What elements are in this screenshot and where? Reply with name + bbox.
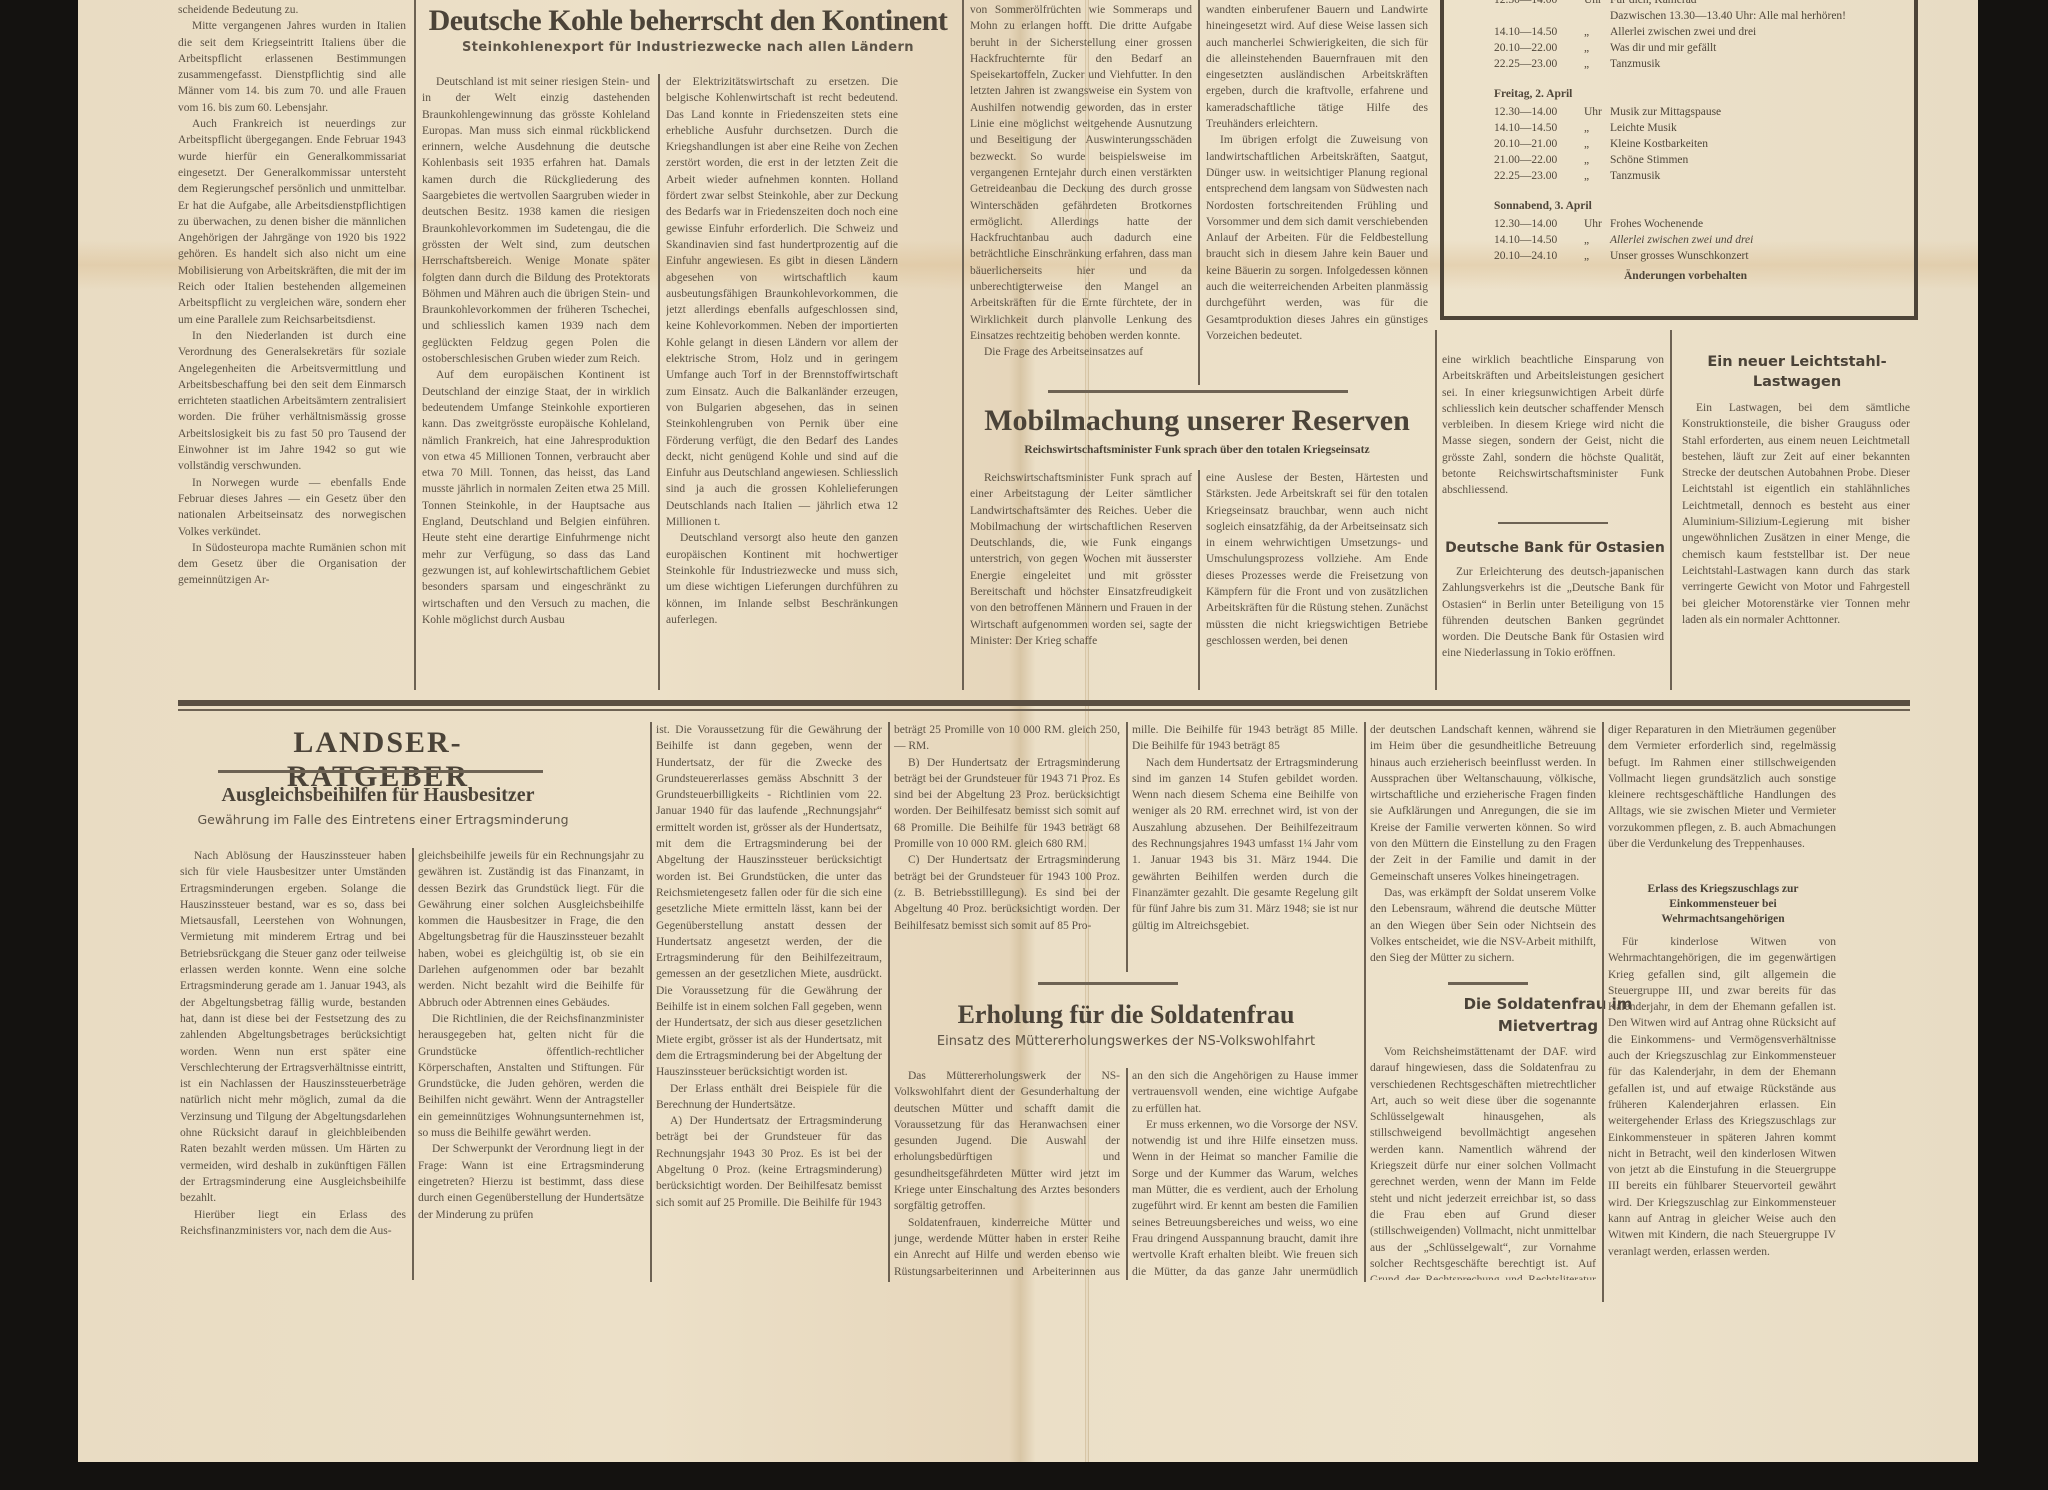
paragraph: der Elektrizitätswirtschaft zu ersetzen.…: [666, 74, 898, 530]
housing-column-4: beträgt 25 Promille von 10 000 RM. gleic…: [894, 722, 1120, 972]
column-rule: [1126, 722, 1128, 972]
housing-headline: Ausgleichsbeihilfen für Hausbesitzer: [178, 784, 578, 807]
paragraph: an den sich die Angehörigen zu Hause imm…: [1132, 1068, 1358, 1117]
schedule-unit: „: [1584, 58, 1610, 74]
housing-column-3: ist. Die Voraussetzung für die Gewährung…: [656, 722, 882, 1280]
schedule-program: Tanzmusik: [1610, 170, 1660, 186]
schedule-program: Unser grosses Wunschkonzert: [1610, 250, 1749, 266]
tenancy-column-2: diger Reparaturen in den Mieträumen gege…: [1608, 722, 1836, 872]
schedule-time: 20.10—21.00: [1494, 138, 1584, 154]
schedule-program: Für dich, Kamerad: [1610, 0, 1697, 10]
column-rule: [1364, 722, 1366, 1282]
paragraph: Deutschland versorgt also heute den ganz…: [666, 530, 898, 628]
column-rule: [1435, 330, 1437, 690]
tenancy-column-1: Vom Reichsheimstättenamt der DAF. wird d…: [1370, 1044, 1596, 1280]
paragraph: eine Auslese der Besten, Härtesten und S…: [1206, 470, 1428, 649]
paragraph: Für kinderlose Witwen von Wehrmachtangeh…: [1608, 934, 1836, 1260]
mobilization-column-3: eine wirklich beachtliche Einsparung von…: [1442, 352, 1664, 512]
paragraph: Nach dem Hundertsatz der Ertragsminderun…: [1132, 755, 1358, 934]
schedule-unit: Uhr: [1584, 218, 1610, 234]
schedule-day-friday: Freitag, 2. April 12.30—14.00UhrMusik zu…: [1494, 88, 1904, 186]
paragraph: Die Richtlinien, die der Reichsfinanzmin…: [418, 1011, 644, 1141]
schedule-program: Dazwischen 13.30—13.40 Uhr: Alle mal her…: [1610, 10, 1846, 26]
paragraph: Soldatenfrauen, kinderreiche Mütter und …: [894, 1215, 1120, 1280]
paragraph: diger Reparaturen in den Mieträumen gege…: [1608, 722, 1836, 852]
paragraph: In Norwegen wurde — ebenfalls Ende Febru…: [178, 475, 406, 540]
paragraph: beträgt 25 Promille von 10 000 RM. gleic…: [894, 722, 1120, 755]
paragraph: A) Der Hundertsatz der Ertragsminderung …: [656, 1113, 882, 1211]
paragraph: Vom Reichsheimstättenamt der DAF. wird d…: [1370, 1044, 1596, 1280]
section-separator: [1048, 390, 1348, 393]
schedule-time: 20.10—22.00: [1494, 42, 1584, 58]
column-rule: [1126, 1068, 1128, 1280]
schedule-day-label: Freitag, 2. April: [1494, 88, 1904, 100]
paragraph: Hierüber liegt ein Erlass des Reichsfina…: [180, 1207, 406, 1240]
farm-column: wandten einberufener Bauern und Landwirt…: [1206, 2, 1428, 382]
bank-headline: Deutsche Bank für Ostasien: [1440, 540, 1670, 556]
schedule-unit: „: [1584, 234, 1610, 250]
schedule-time: 12.30—14.00: [1494, 218, 1584, 234]
column-rule: [1198, 470, 1200, 690]
schedule-time: 12.30—14.00: [1494, 106, 1584, 122]
schedule-program: Frohes Wochenende: [1610, 218, 1703, 234]
schedule-time: 12.30—14.00: [1494, 0, 1584, 10]
section-separator: [1038, 982, 1178, 985]
paragraph: mille. Die Beihilfe für 1943 beträgt 85 …: [1132, 722, 1358, 755]
schedule-unit: Uhr: [1584, 106, 1610, 122]
paragraph: Zur Erleichterung des deutsch-japanische…: [1442, 564, 1664, 662]
column-rule: [414, 0, 416, 690]
paragraph: Ein Lastwagen, bei dem sämtliche Konstru…: [1682, 400, 1910, 628]
mobilization-subheadline: Reichswirtschaftsminister Funk sprach üb…: [962, 444, 1432, 456]
schedule-program: Musik zur Mittagspause: [1610, 106, 1721, 122]
paragraph: Deutschland ist mit seiner riesigen Stei…: [422, 74, 650, 367]
bank-article-body: Zur Erleichterung des deutsch-japanische…: [1442, 564, 1664, 690]
schedule-program: Allerlei zwischen zwei und drei: [1610, 234, 1753, 250]
schedule-program: Allerlei zwischen zwei und drei: [1610, 26, 1756, 42]
schedule-program: Was dir und mir gefällt: [1610, 42, 1716, 58]
recovery-column-1: Das Müttererholungswerk der NS-Volkswohl…: [894, 1068, 1120, 1280]
coal-column-1: Deutschland ist mit seiner riesigen Stei…: [422, 74, 650, 690]
column-rule: [1602, 722, 1604, 1302]
schedule-unit: „: [1584, 122, 1610, 138]
paragraph: In den Niederlanden ist durch eine Veror…: [178, 328, 406, 475]
paragraph: eine wirklich beachtliche Einsparung von…: [1442, 352, 1664, 499]
column-rule: [1670, 330, 1672, 690]
paragraph: C) Der Hundertsatz der Ertragsminderung …: [894, 852, 1120, 933]
tax-headline: Erlass des Kriegszuschlags zur Einkommen…: [1638, 882, 1808, 927]
section-separator: [1448, 982, 1528, 985]
schedule-unit: „: [1584, 42, 1610, 58]
paragraph: Die Frage des Arbeitseinsatzes auf: [970, 344, 1192, 360]
paragraph: von Sommerölfrüchten wie Sommeraps und M…: [970, 2, 1192, 344]
paragraph: der deutschen Landschaft kennen, während…: [1370, 722, 1596, 885]
schedule-unit: „: [1584, 26, 1610, 42]
paragraph: Nach Ablösung der Hauszinssteuer haben s…: [180, 848, 406, 1207]
recovery-subheadline: Einsatz des Müttererholungswerkes der NS…: [888, 1034, 1364, 1049]
paragraph: Im übrigen erfolgt die Zuweisung von lan…: [1206, 132, 1428, 344]
coal-subheadline: Steinkohlenexport für Industriezwecke na…: [418, 40, 958, 55]
mobilization-headline: Mobilmachung unserer Reserven: [962, 404, 1432, 438]
paragraph: Reichswirtschaftsminister Funk sprach au…: [970, 470, 1192, 649]
schedule-program: Tanzmusik: [1610, 58, 1660, 74]
mobilization-column-1: Reichswirtschaftsminister Funk sprach au…: [970, 470, 1192, 690]
page-divider-thin: [178, 709, 1910, 711]
schedule-unit: Uhr: [1584, 0, 1610, 10]
recovery-headline: Erholung für die Soldatenfrau: [888, 1000, 1364, 1030]
newspaper-page: scheidende Bedeutung zu. Mitte vergangen…: [78, 0, 1978, 1462]
page-divider: [178, 700, 1910, 706]
paragraph: gleichsbeihilfe jeweils für ein Rechnung…: [418, 848, 644, 1011]
recovery-column-2: an den sich die Angehörigen zu Hause imm…: [1132, 1068, 1358, 1280]
schedule-time: 22.25—23.00: [1494, 58, 1584, 74]
paragraph: ist. Die Voraussetzung für die Gewährung…: [656, 722, 882, 1081]
schedule-unit: „: [1584, 250, 1610, 266]
schedule-day-thursday: 12.30—14.00UhrFür dich, Kamerad Dazwisch…: [1494, 0, 1904, 74]
housing-subheadline: Gewährung im Falle des Eintretens einer …: [178, 812, 588, 827]
paragraph: B) Der Hundertsatz der Ertragsminderung …: [894, 755, 1120, 853]
paragraph: Auf dem europäischen Kontinent ist Deuts…: [422, 367, 650, 628]
column-rule: [658, 74, 660, 690]
paragraph: wandten einberufener Bauern und Landwirt…: [1206, 2, 1428, 132]
paragraph: Mitte vergangenen Jahres wurden in Itali…: [178, 18, 406, 116]
column-rule: [412, 848, 414, 1280]
schedule-program: Kleine Kostbarkeiten: [1610, 138, 1708, 154]
radio-schedule: 12.30—14.00UhrFür dich, Kamerad Dazwisch…: [1494, 0, 1904, 282]
truck-article-body: Ein Lastwagen, bei dem sämtliche Konstru…: [1682, 400, 1910, 690]
left-column: scheidende Bedeutung zu. Mitte vergangen…: [178, 2, 406, 692]
housing-column-1: Nach Ablösung der Hauszinssteuer haben s…: [180, 848, 406, 1280]
tax-article-body: Für kinderlose Witwen von Wehrmachtangeh…: [1608, 934, 1836, 1310]
schedule-time: 14.10—14.50: [1494, 122, 1584, 138]
schedule-day-label: Sonnabend, 3. April: [1494, 200, 1904, 212]
paragraph: Auch Frankreich ist neuerdings zur Arbei…: [178, 116, 406, 328]
schedule-time: 20.10—24.10: [1494, 250, 1584, 266]
coal-headline: Deutsche Kohle beherrscht den Kontinent: [418, 4, 958, 38]
schedule-program: Leichte Musik: [1610, 122, 1677, 138]
coal-column-2: der Elektrizitätswirtschaft zu ersetzen.…: [666, 74, 898, 690]
schedule-program: Schöne Stimmen: [1610, 154, 1688, 170]
column-rule: [962, 0, 964, 690]
paragraph: In Südosteuropa machte Rumänien schon mi…: [178, 540, 406, 589]
paragraph: Der Erlass enthält drei Beispiele für di…: [656, 1081, 882, 1114]
schedule-unit: „: [1584, 154, 1610, 170]
schedule-time: 14.10—14.50: [1494, 234, 1584, 250]
schedule-day-saturday: Sonnabend, 3. April 12.30—14.00UhrFrohes…: [1494, 200, 1904, 266]
schedule-unit: „: [1584, 170, 1610, 186]
housing-column-2: gleichsbeihilfe jeweils für ein Rechnung…: [418, 848, 644, 1280]
paragraph: Das Müttererholungswerk der NS-Volkswohl…: [894, 1068, 1120, 1215]
schedule-footer: Änderungen vorbehalten: [1494, 270, 1904, 282]
paragraph: Das, was erkämpft der Soldat unserem Vol…: [1370, 885, 1596, 966]
paragraph: Er muss erkennen, wo die Vorsorge der NS…: [1132, 1117, 1358, 1280]
truck-headline: Ein neuer Leichtstahl-Lastwagen: [1682, 352, 1912, 392]
schedule-time: 22.25—23.00: [1494, 170, 1584, 186]
schedule-time: 21.00—22.00: [1494, 154, 1584, 170]
schedule-time: 14.10—14.50: [1494, 26, 1584, 42]
schedule-unit: „: [1584, 138, 1610, 154]
section-separator: [1498, 522, 1608, 524]
housing-column-5: mille. Die Beihilfe für 1943 beträgt 85 …: [1132, 722, 1358, 972]
column-rule: [1198, 0, 1200, 385]
paragraph: scheidende Bedeutung zu.: [178, 2, 406, 18]
column-rule: [650, 722, 652, 1282]
middle-column: von Sommerölfrüchten wie Sommeraps und M…: [970, 2, 1192, 382]
paragraph: Der Schwerpunkt der Verordnung liegt in …: [418, 1141, 644, 1222]
section-title-rule: [218, 770, 543, 773]
mobilization-column-2: eine Auslese der Besten, Härtesten und S…: [1206, 470, 1428, 690]
radio-schedule-box: 12.30—14.00UhrFür dich, Kamerad Dazwisch…: [1440, 0, 1918, 320]
recovery-column-3: der deutschen Landschaft kennen, während…: [1370, 722, 1596, 974]
